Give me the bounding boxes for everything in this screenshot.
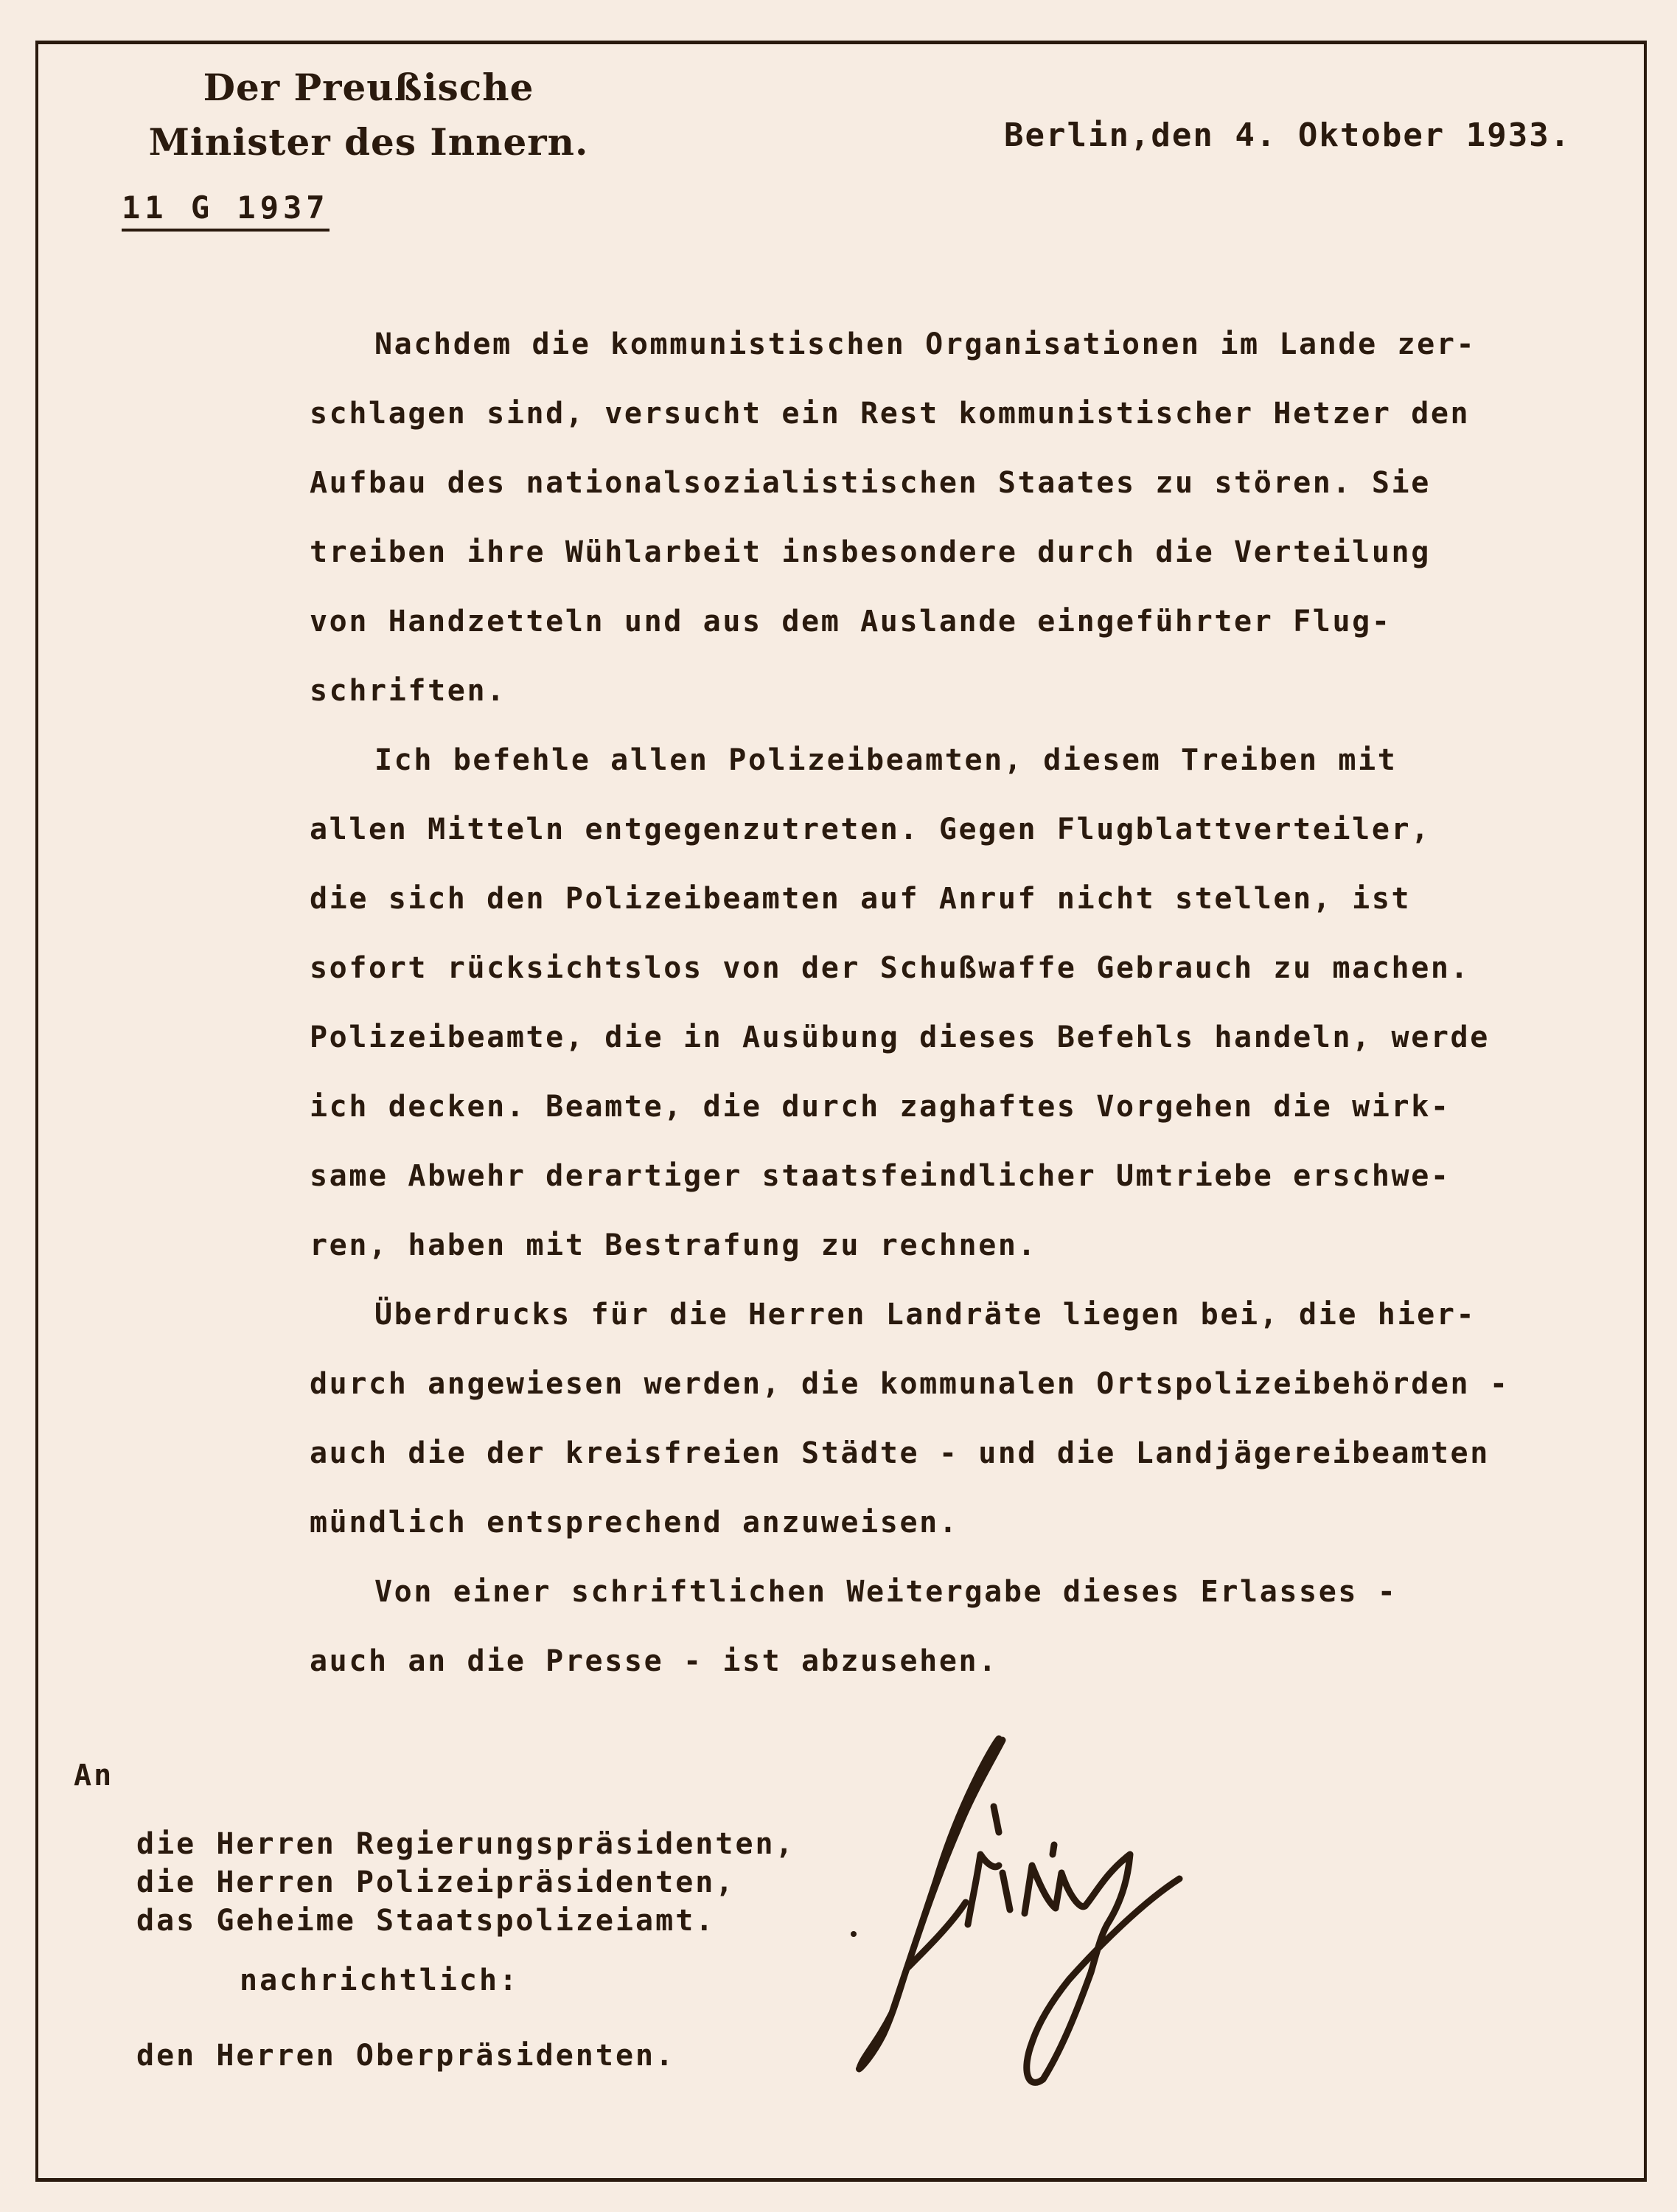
- body-line: Überdrucks für die Herren Landräte liege…: [310, 1280, 1592, 1349]
- dateline: Berlin,den 4. Oktober 1933.: [1004, 116, 1571, 154]
- letterhead: Der Preußische Minister des Innern.: [125, 60, 612, 170]
- letterhead-line-2: Minister des Innern.: [125, 115, 612, 170]
- cc-label: nachrichtlich:: [240, 1964, 519, 1997]
- body-line: schlagen sind, versucht ein Rest kommuni…: [310, 379, 1592, 448]
- body-line: ich decken. Beamte, die durch zaghaftes …: [310, 1072, 1592, 1141]
- recipients-prefix: An: [74, 1759, 114, 1792]
- body-line: mündlich entsprechend anzuweisen.: [310, 1488, 1592, 1557]
- body-line: treiben ihre Wühlarbeit insbesondere dur…: [310, 518, 1592, 587]
- body-line: sofort rücksichtslos von der Schußwaffe …: [310, 933, 1592, 1003]
- letterhead-line-1: Der Preußische: [125, 60, 612, 115]
- decree-body: Nachdem die kommunistischen Organisation…: [310, 310, 1592, 1696]
- received-stamp: 11 G 1937: [122, 190, 330, 232]
- body-line: durch angewiesen werden, die kommunalen …: [310, 1349, 1592, 1419]
- body-line: die sich den Polizeibeamten auf Anruf ni…: [310, 864, 1592, 933]
- body-line: ren, haben mit Bestrafung zu rechnen.: [310, 1211, 1592, 1280]
- signature: [848, 1725, 1216, 2094]
- body-line: schriften.: [310, 656, 1592, 726]
- body-line: Nachdem die kommunistischen Organisation…: [310, 310, 1592, 379]
- body-line: Polizeibeamte, die in Ausübung dieses Be…: [310, 1003, 1592, 1072]
- body-line: auch die der kreisfreien Städte - und di…: [310, 1419, 1592, 1488]
- body-line: Von einer schriftlichen Weitergabe diese…: [310, 1557, 1592, 1627]
- cc-recipient: den Herren Oberpräsidenten.: [136, 2039, 675, 2073]
- signature-glyph-icon: [848, 1725, 1216, 2094]
- body-line: allen Mitteln entgegenzutreten. Gegen Fl…: [310, 795, 1592, 864]
- recipient-item: die Herren Regierungspräsidenten,: [136, 1825, 795, 1863]
- body-line: same Abwehr derartiger staatsfeindlicher…: [310, 1141, 1592, 1211]
- recipients-list: die Herren Regierungspräsidenten,die Her…: [136, 1825, 795, 1940]
- body-line: auch an die Presse - ist abzusehen.: [310, 1627, 1592, 1696]
- body-line: Ich befehle allen Polizeibeamten, diesem…: [310, 726, 1592, 795]
- recipient-item: die Herren Polizeipräsidenten,: [136, 1863, 795, 1902]
- recipient-item: das Geheime Staatspolizeiamt.: [136, 1902, 795, 1940]
- body-line: Aufbau des nationalsozialistischen Staat…: [310, 448, 1592, 518]
- body-line: von Handzetteln und aus dem Auslande ein…: [310, 587, 1592, 656]
